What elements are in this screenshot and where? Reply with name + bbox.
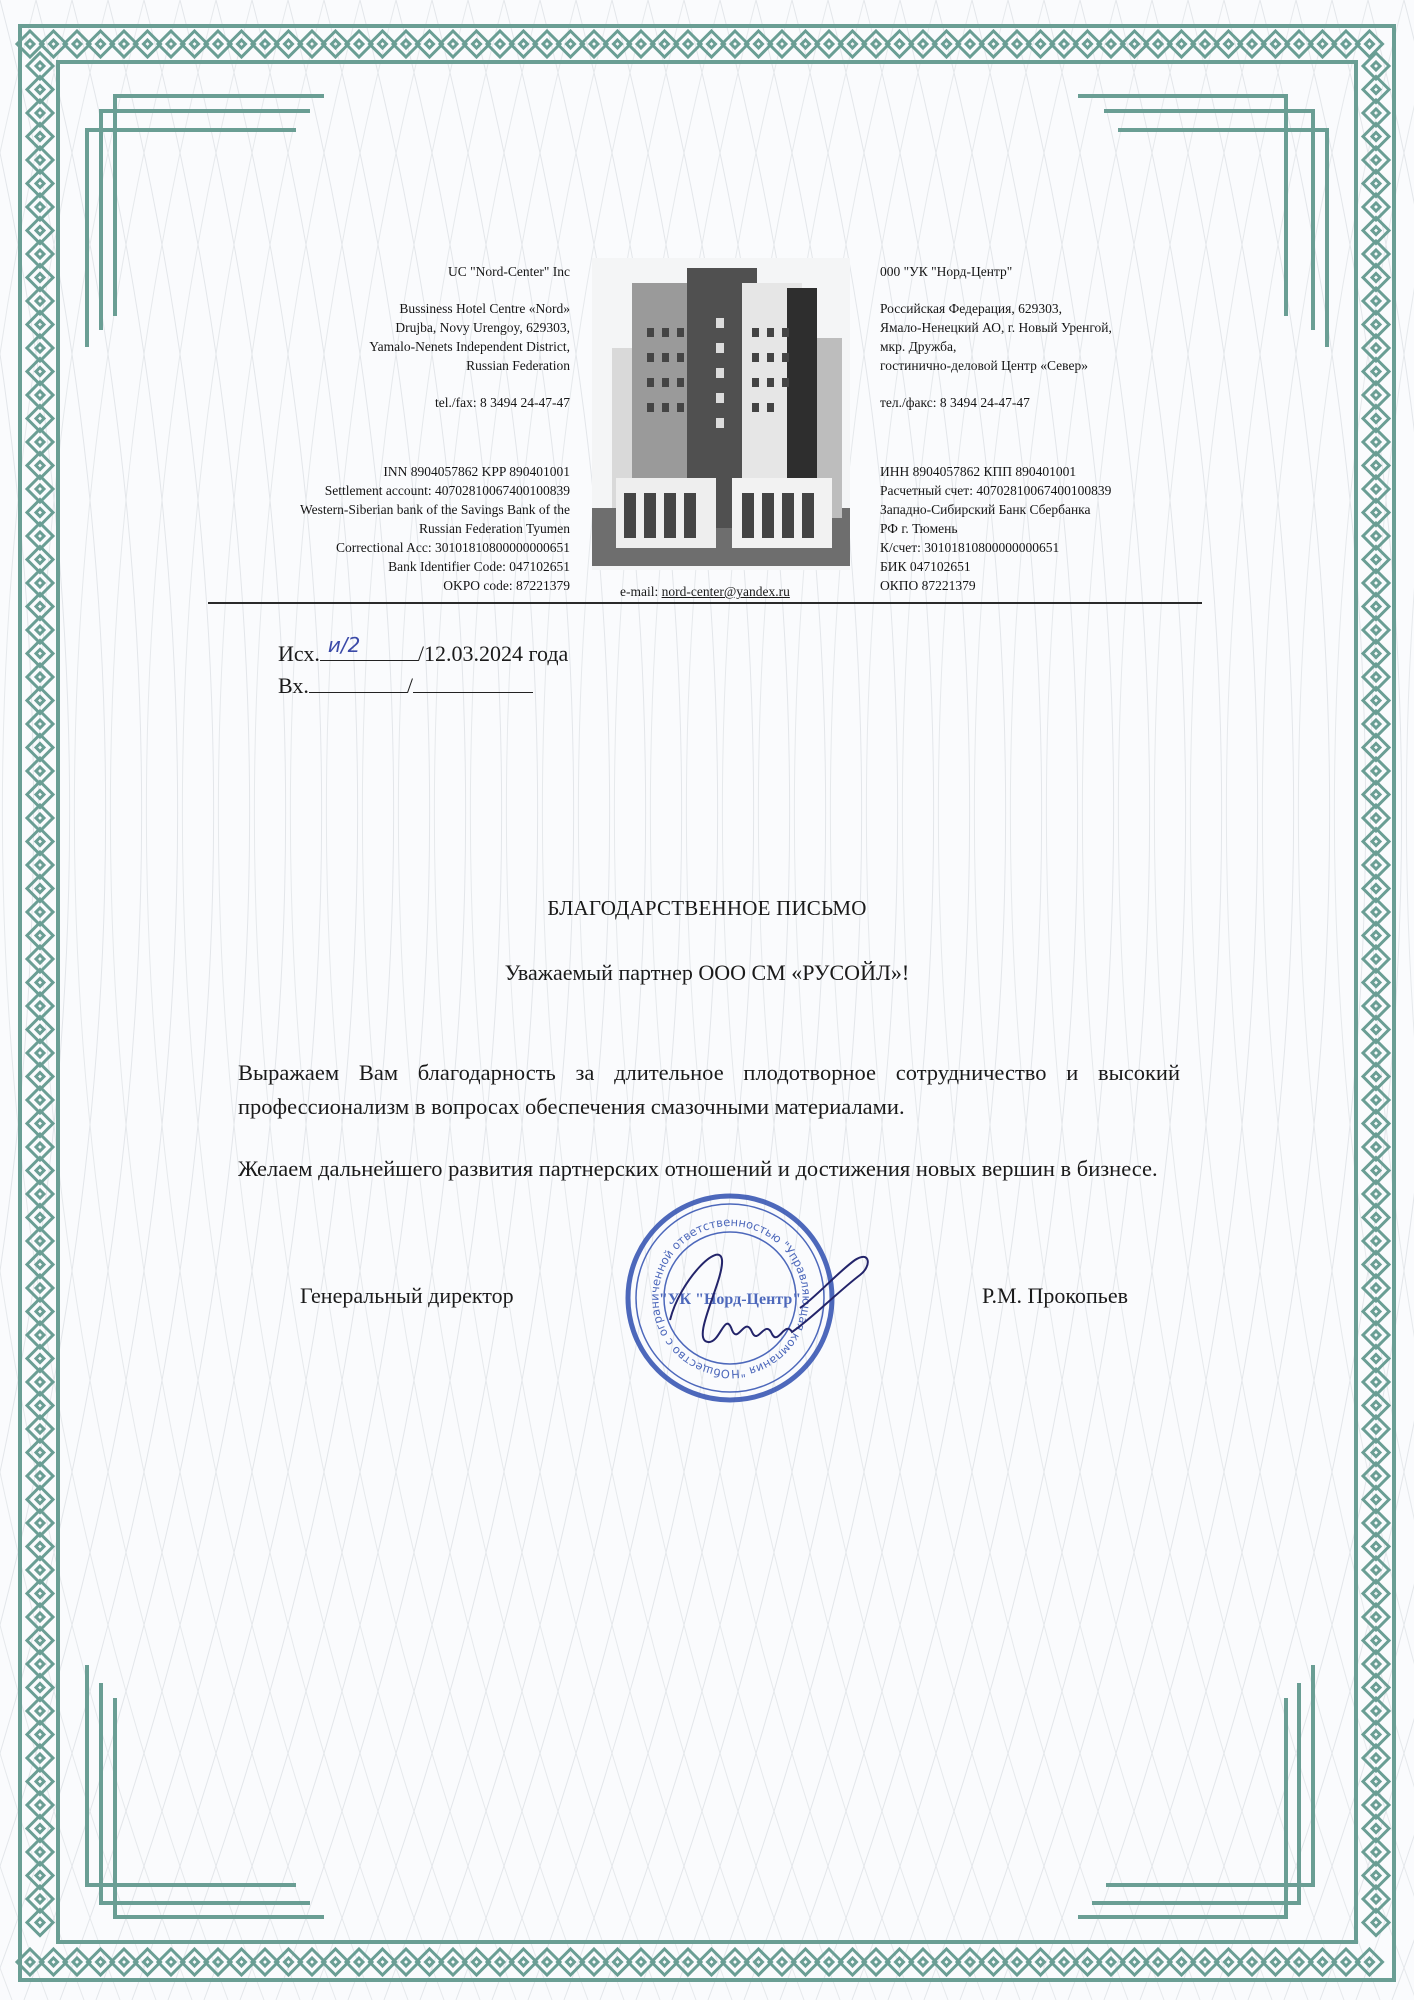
requisite-line: Западно-Сибирский Банк Сбербанка: [880, 500, 1210, 519]
address-line: Российская Федерация, 629303,: [880, 299, 1210, 318]
letterhead-left: UC "Nord-Center" Inc Bussiness Hotel Cen…: [240, 262, 570, 412]
letterhead-divider: [208, 602, 1202, 604]
company-name-en: UC "Nord-Center" Inc: [240, 262, 570, 281]
outgoing-label: Исх.: [278, 641, 320, 666]
address-line: Yamalo-Nenets Independent District,: [240, 337, 570, 356]
letter-title: БЛАГОДАРСТВЕННОЕ ПИСЬМО: [0, 896, 1414, 921]
address-line: Ямало-Ненецкий АО, г. Новый Уренгой,: [880, 318, 1210, 337]
greeting: Уважаемый партнер ООО СМ «РУСОЙЛ»!: [0, 960, 1414, 986]
requisite-line: ОКПО 87221379: [880, 576, 1210, 595]
building-photo: [592, 258, 850, 570]
email-link[interactable]: nord-center@yandex.ru: [662, 584, 790, 599]
requisite-line: Russian Federation Tyumen: [240, 519, 570, 538]
requisites-left: INN 8904057862 KPP 890401001 Settlement …: [240, 462, 570, 595]
address-line: мкр. Дружба,: [880, 337, 1210, 356]
address-line: Russian Federation: [240, 356, 570, 375]
outgoing-number-field: и/2: [320, 638, 418, 661]
phone-ru: тел./факс: 8 3494 24-47-47: [880, 393, 1210, 412]
requisite-line: Western-Siberian bank of the Savings Ban…: [240, 500, 570, 519]
company-name-ru: 000 "УК "Норд-Центр": [880, 262, 1210, 281]
address-line: гостинично-деловой Центр «Север»: [880, 356, 1210, 375]
requisite-line: Bank Identifier Code: 047102651: [240, 557, 570, 576]
email-line: e-mail: nord-center@yandex.ru: [620, 584, 790, 600]
outgoing-date: /12.03.2024 года: [418, 641, 568, 666]
signatory-position: Генеральный директор: [300, 1283, 514, 1309]
paragraph-gratitude: Выражаем Вам благодарность за длительное…: [238, 1056, 1180, 1124]
incoming-label: Вх.: [278, 673, 309, 698]
address-line: Drujba, Novy Urengoy, 629303,: [240, 318, 570, 337]
requisite-line: INN 8904057862 KPP 890401001: [240, 462, 570, 481]
requisite-line: OKPO code: 87221379: [240, 576, 570, 595]
requisite-line: ИНН 8904057862 КПП 890401001: [880, 462, 1210, 481]
requisite-line: Correctional Acc: 30101810800000000651: [240, 538, 570, 557]
incoming-reference: Вх./: [278, 670, 533, 701]
phone-en: tel./fax: 8 3494 24-47-47: [240, 393, 570, 412]
address-line: Bussiness Hotel Centre «Nord»: [240, 299, 570, 318]
requisites-right: ИНН 8904057862 КПП 890401001 Расчетный с…: [880, 462, 1210, 595]
requisite-line: БИК 047102651: [880, 557, 1210, 576]
outgoing-reference: Исх.и/2/12.03.2024 года: [278, 638, 568, 669]
requisite-line: К/счет: 30101810800000000651: [880, 538, 1210, 557]
incoming-date-field: [413, 670, 533, 693]
requisite-line: Settlement account: 40702810067400100839: [240, 481, 570, 500]
letterhead-right: 000 "УК "Норд-Центр" Российская Федераци…: [880, 262, 1210, 412]
incoming-number-field: [309, 670, 407, 693]
signatory-name: Р.М. Прокопьев: [982, 1283, 1128, 1309]
requisite-line: РФ г. Тюмень: [880, 519, 1210, 538]
requisite-line: Расчетный счет: 40702810067400100839: [880, 481, 1210, 500]
outgoing-number: и/2: [328, 630, 360, 660]
company-seal-stamp: Общество с ограниченной ответственностью…: [610, 1180, 890, 1410]
email-label: e-mail:: [620, 584, 662, 599]
